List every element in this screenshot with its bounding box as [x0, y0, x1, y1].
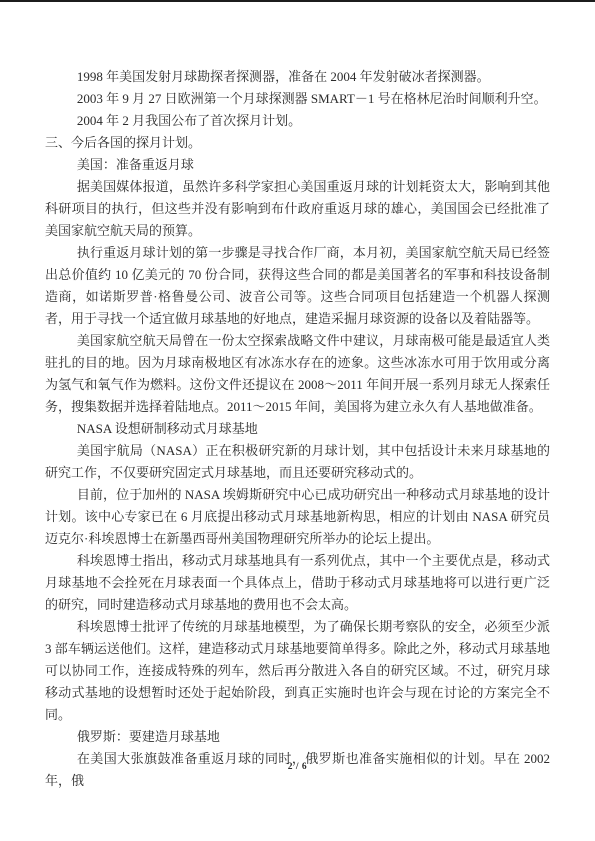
paragraph: 三、今后各国的探月计划。	[45, 132, 550, 154]
paragraph: 俄罗斯：要建造月球基地	[45, 726, 550, 748]
paragraph: 美国家航空航天局曾在一份太空探索战略文件中建议，月球南极可能是最适宜人类驻扎的目…	[45, 330, 550, 418]
paragraph: 2004 年 2 月我国公布了首次探月计划。	[45, 110, 550, 132]
paragraph: 科埃恩博士指出，移动式月球基地具有一系列优点，其中一个主要优点是，移动式月球基地…	[45, 550, 550, 616]
page-number: 2 / 6	[0, 762, 595, 772]
paragraph: 1998 年美国发射月球勘探者探测器，准备在 2004 年发射破冰者探测器。	[45, 66, 550, 88]
paragraph: 2003 年 9 月 27 日欧洲第一个月球探测器 SMART－1 号在格林尼治…	[45, 88, 550, 110]
document-page: 1998 年美国发射月球勘探者探测器，准备在 2004 年发射破冰者探测器。20…	[0, 0, 595, 841]
paragraph: 执行重返月球计划的第一步骤是寻找合作厂商，本月初，美国家航空航天局已经签出总价值…	[45, 242, 550, 330]
paragraph: 科埃恩博士批评了传统的月球基地模型，为了确保长期考察队的安全，必须至少派 3 部…	[45, 616, 550, 726]
page-top-edge-divider	[0, 0, 595, 2]
paragraph: 美国宇航局（NASA）正在积极研究新的月球计划，其中包括设计未来月球基地的研究工…	[45, 440, 550, 484]
paragraph: 美国：准备重返月球	[45, 154, 550, 176]
paragraph: NASA 设想研制移动式月球基地	[45, 418, 550, 440]
document-body: 1998 年美国发射月球勘探者探测器，准备在 2004 年发射破冰者探测器。20…	[45, 66, 550, 792]
paragraph: 目前，位于加州的 NASA 埃姆斯研究中心已成功研究出一种移动式月球基地的设计计…	[45, 484, 550, 550]
paragraph: 据美国媒体报道，虽然许多科学家担心美国重返月球的计划耗资太大，影响到其他科研项目…	[45, 176, 550, 242]
